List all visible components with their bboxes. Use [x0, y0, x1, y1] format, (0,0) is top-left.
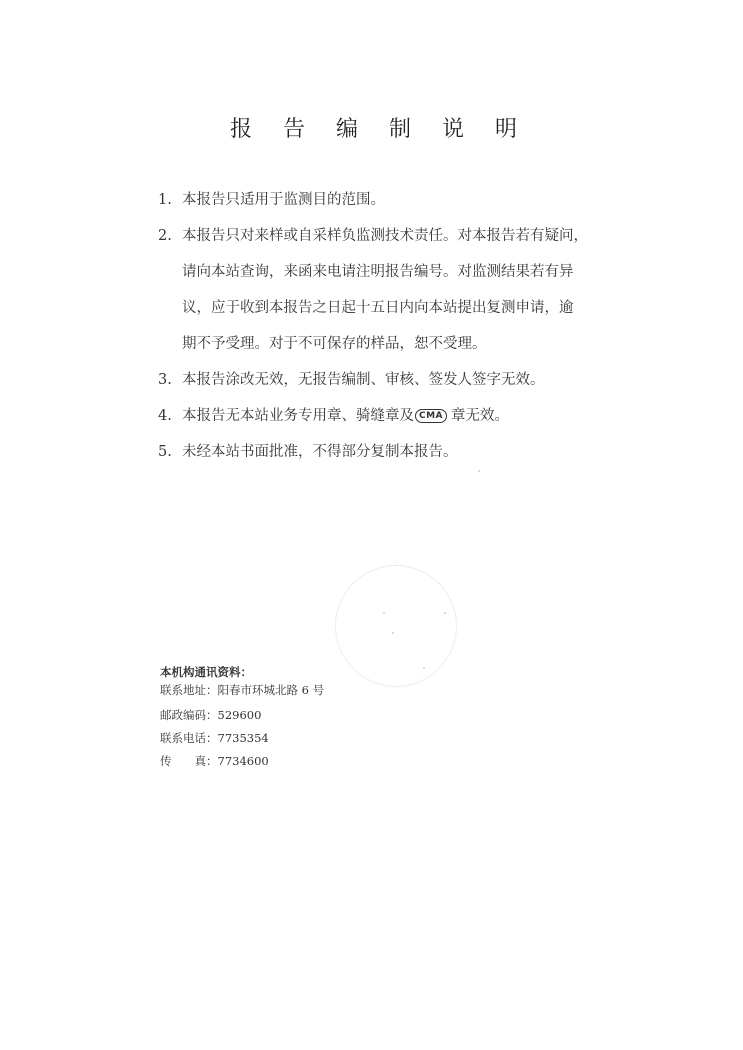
note-item-5: 5. 未经本站书面批准，不得部分复制本报告。 [158, 434, 618, 470]
note-text: 未经本站书面批准，不得部分复制本报告。 [182, 434, 618, 470]
contact-fax: 传 真：7734600 [160, 753, 324, 769]
note-line: 议，应于收到本报告之日起十五日内向本站提出复测申请，逾 [182, 290, 618, 326]
scan-speck [478, 470, 480, 472]
note-line: 请向本站查询，来函来电请注明报告编号。对监测结果若有异 [182, 254, 618, 290]
faded-stamp-icon [335, 565, 457, 687]
contact-postal-code: 邮政编码：529600 [160, 707, 324, 723]
scan-speck [423, 667, 425, 669]
scan-speck [383, 612, 385, 614]
note-line: 期不予受理。对于不可保存的样品，恕不受理。 [182, 326, 618, 362]
contact-heading: 本机构通讯资料： [160, 664, 324, 680]
contact-phone: 联系电话：7735354 [160, 730, 324, 746]
note-item-4: 4. 本报告无本站业务专用章、骑缝章及CMA章无效。 [158, 398, 618, 434]
note-number: 2. [158, 218, 182, 254]
note-number: 1. [158, 182, 182, 218]
note-text: 本报告涂改无效，无报告编制、审核、签发人签字无效。 [182, 362, 618, 398]
note-text: 本报告无本站业务专用章、骑缝章及CMA章无效。 [182, 398, 618, 434]
note-number: 5. [158, 434, 182, 470]
cma-mark-icon: CMA [415, 409, 447, 423]
note-text: 本报告只适用于监测目的范围。 [182, 182, 618, 218]
note-line: 本报告无本站业务专用章、骑缝章及CMA章无效。 [182, 398, 618, 434]
note-text: 本报告只对来样或自采样负监测技术责任。对本报告若有疑问， 请向本站查询，来函来电… [182, 218, 618, 362]
note-number: 4. [158, 398, 182, 434]
notes-list: 1. 本报告只适用于监测目的范围。 2. 本报告只对来样或自采样负监测技术责任。… [158, 182, 618, 470]
note-line: 本报告涂改无效，无报告编制、审核、签发人签字无效。 [182, 362, 618, 398]
note-line: 未经本站书面批准，不得部分复制本报告。 [182, 434, 618, 470]
note-line: 本报告只对来样或自采样负监测技术责任。对本报告若有疑问， [182, 218, 618, 254]
scan-speck [444, 612, 446, 614]
contact-address: 联系地址：阳春市环城北路 6 号 [160, 682, 324, 698]
note-item-3: 3. 本报告涂改无效，无报告编制、审核、签发人签字无效。 [158, 362, 618, 398]
note-item-2: 2. 本报告只对来样或自采样负监测技术责任。对本报告若有疑问， 请向本站查询，来… [158, 218, 618, 362]
note-text-after-mark: 章无效。 [451, 408, 509, 424]
scan-speck [392, 632, 394, 634]
page-title: 报 告 编 制 说 明 [0, 112, 743, 143]
note-number: 3. [158, 362, 182, 398]
note-text-before-mark: 本报告无本站业务专用章、骑缝章及 [182, 408, 414, 424]
contact-info: 本机构通讯资料： 联系地址：阳春市环城北路 6 号 邮政编码：529600 联系… [160, 664, 324, 776]
note-line: 本报告只适用于监测目的范围。 [182, 182, 618, 218]
note-item-1: 1. 本报告只适用于监测目的范围。 [158, 182, 618, 218]
